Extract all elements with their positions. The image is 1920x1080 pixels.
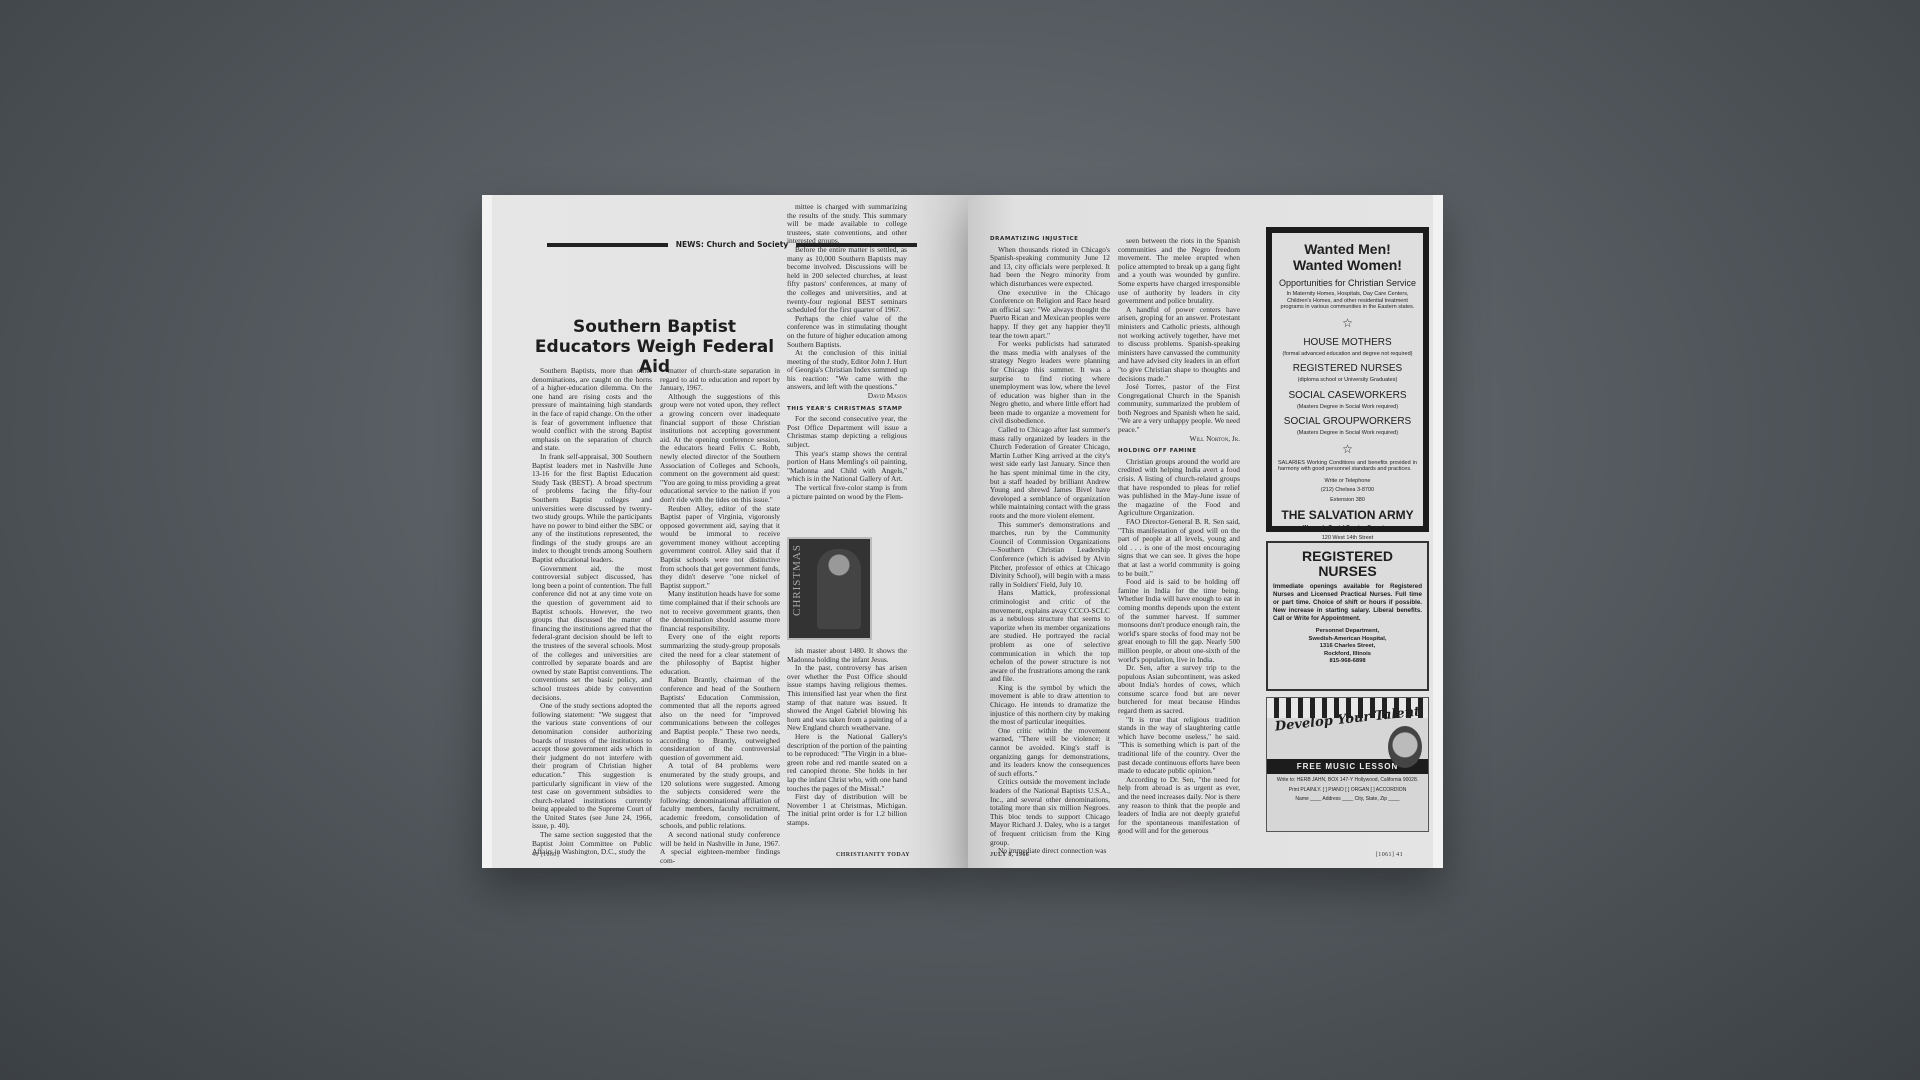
ad-subtitle: Opportunities for Christian Service bbox=[1278, 278, 1417, 288]
ad-role-note: (formal advanced education and degree no… bbox=[1278, 351, 1417, 358]
issue-date: JULY 8, 1966 bbox=[990, 852, 1029, 858]
right-page: DRAMATIZING INJUSTICE When thousands rio… bbox=[968, 195, 1443, 868]
paragraph: This year's stamp shows the central port… bbox=[787, 450, 907, 484]
paragraph: Although the suggestions of this group w… bbox=[660, 393, 780, 505]
paragraph: mittee is charged with summarizing the r… bbox=[787, 203, 907, 246]
ad-role-note: (Masters Degree in Social Work required) bbox=[1278, 404, 1417, 411]
paragraph: First day of distribution will be Novemb… bbox=[787, 793, 907, 827]
ad-role: SOCIAL CASEWORKERS bbox=[1278, 390, 1417, 401]
ad-role: HOUSE MOTHERS bbox=[1278, 337, 1417, 348]
paragraph: A handful of power centers have arisen, … bbox=[1118, 306, 1240, 383]
paragraph: King is the symbol by which the movement… bbox=[990, 684, 1110, 727]
paragraph: One critic within the movement warned, "… bbox=[990, 727, 1110, 779]
paragraph: Reuben Alley, editor of the state Baptis… bbox=[660, 505, 780, 591]
paragraph: Called to Chicago after last summer's ma… bbox=[990, 426, 1110, 521]
ad-title: Wanted Women! bbox=[1278, 257, 1417, 273]
paragraph: Every one of the eight reports summarizi… bbox=[660, 633, 780, 676]
paragraph: The vertical five-color stamp is from a … bbox=[787, 484, 907, 501]
paragraph: "It is true that religious tradition sta… bbox=[1118, 716, 1240, 776]
paragraph: According to Dr. Sen, "the need for help… bbox=[1118, 776, 1240, 836]
address-line: Swedish-American Hospital, bbox=[1273, 636, 1422, 644]
address-line: Personnel Department, bbox=[1273, 628, 1422, 636]
paragraph: José Torres, pastor of the First Congreg… bbox=[1118, 383, 1240, 435]
paragraph: One of the study sections adopted the fo… bbox=[532, 702, 652, 831]
paragraph: In frank self-appraisal, 300 Southern Ba… bbox=[532, 453, 652, 565]
subheading: HOLDING OFF FAMINE bbox=[1118, 447, 1240, 456]
address-line: Rockford, Illinois bbox=[1273, 651, 1422, 659]
madonna-figure bbox=[817, 549, 861, 629]
left-col-2: matter of church-state separation in reg… bbox=[660, 367, 780, 865]
paragraph: One executive in the Chicago Conference … bbox=[990, 289, 1110, 341]
music-lesson-ad: Develop Your Talent FREE MUSIC LESSON Wr… bbox=[1266, 697, 1429, 832]
magazine-spread: NEWS: Church and Society Southern Baptis… bbox=[482, 195, 1443, 868]
christmas-stamp-image: CHRISTMAS bbox=[787, 537, 872, 640]
ad-role: REGISTERED NURSES bbox=[1278, 363, 1417, 374]
paragraph: FAO Director-General B. R. Sen said, "Th… bbox=[1118, 518, 1240, 578]
ad-contact: (212) Chelsea 3-8700 bbox=[1278, 487, 1417, 494]
ad-org: THE SALVATION ARMY bbox=[1278, 508, 1417, 522]
paragraph: seen between the riots in the Spanish co… bbox=[1118, 237, 1240, 306]
registered-nurses-ad: REGISTERED NURSES Immediate openings ava… bbox=[1266, 541, 1429, 691]
byline: David Mason bbox=[787, 392, 907, 401]
stamp-label: CHRISTMAS bbox=[791, 544, 803, 616]
paragraph: matter of church-state separation in reg… bbox=[660, 367, 780, 393]
paragraph: This summer's demonstrations and marches… bbox=[990, 521, 1110, 590]
ad-role-note: (diploma school or University Graduates) bbox=[1278, 377, 1417, 384]
paragraph: Many institution heads have for some tim… bbox=[660, 590, 780, 633]
paragraph: Here is the National Gallery's descripti… bbox=[787, 733, 907, 793]
paragraph: Dr. Sen, after a survey trip to the popu… bbox=[1118, 664, 1240, 716]
address-line: 1316 Charles Street, bbox=[1273, 643, 1422, 651]
paragraph: Perhaps the chief value of the conferenc… bbox=[787, 315, 907, 349]
ad-intro: In Maternity Homes, Hospitals, Day Care … bbox=[1278, 291, 1417, 311]
paragraph: At the conclusion of this initial meetin… bbox=[787, 349, 907, 392]
ad-contact: Extension 380 bbox=[1278, 497, 1417, 504]
page-number-right: [1061] 41 bbox=[1376, 852, 1403, 858]
paragraph: For the second consecutive year, the Pos… bbox=[787, 415, 907, 449]
paragraph: ish master about 1480. It shows the Mado… bbox=[787, 647, 907, 664]
ad-role-note: (Masters Degree in Social Work required) bbox=[1278, 430, 1417, 437]
ad-address: Write to: HERB JAHN, BOX 147-Y Hollywood… bbox=[1267, 777, 1428, 784]
salvation-army-ad: Wanted Men! Wanted Women! Opportunities … bbox=[1266, 227, 1429, 532]
paragraph: A total of 84 problems were enumerated b… bbox=[660, 762, 780, 831]
left-col-3-bottom: ish master about 1480. It shows the Mado… bbox=[787, 647, 907, 827]
ad-address: Personnel Department, Swedish-American H… bbox=[1273, 628, 1422, 666]
paragraph: Southern Baptists, more than other denom… bbox=[532, 367, 652, 453]
magazine-name: CHRISTIANITY TODAY bbox=[836, 852, 910, 858]
left-page: NEWS: Church and Society Southern Baptis… bbox=[482, 195, 968, 868]
subheading: THIS YEAR'S CHRISTMAS STAMP bbox=[787, 405, 907, 414]
paragraph: Government aid, the most controversial s… bbox=[532, 565, 652, 703]
subheading: DRAMATIZING INJUSTICE bbox=[990, 235, 1110, 244]
ad-form: Name ____ Address ____ City, State, Zip … bbox=[1267, 796, 1428, 803]
ad-salaries: SALARIES Working Conditions and benefits… bbox=[1278, 460, 1417, 473]
left-col-1: Southern Baptists, more than other denom… bbox=[532, 367, 652, 857]
paragraph: Hans Mattick, professional criminologist… bbox=[990, 589, 1110, 684]
section-label: NEWS: Church and Society bbox=[676, 240, 788, 249]
page-number-left: 40 [1060] bbox=[532, 852, 559, 858]
star-icon: ☆ bbox=[1278, 316, 1417, 331]
paragraph: Critics outside the movement include lea… bbox=[990, 778, 1110, 847]
ad-role: SOCIAL GROUPWORKERS bbox=[1278, 416, 1417, 427]
star-icon: ☆ bbox=[1278, 442, 1417, 457]
paragraph: In the past, controversy has arisen over… bbox=[787, 664, 907, 733]
ad-title: REGISTERED NURSES bbox=[1273, 549, 1422, 579]
byline: Will Norton, Jr. bbox=[1118, 435, 1240, 444]
portrait-photo bbox=[1388, 726, 1422, 768]
paragraph: Before the entire matter is settled, as … bbox=[787, 246, 907, 315]
paragraph: For weeks publicists had saturated the m… bbox=[990, 340, 1110, 426]
kicker-rule bbox=[547, 243, 668, 247]
ad-body: Immediate openings available for Registe… bbox=[1273, 583, 1422, 623]
paragraph: A second national study conference will … bbox=[660, 831, 780, 865]
ad-contact: Write or Telephone bbox=[1278, 478, 1417, 485]
paragraph: Christian groups around the world are cr… bbox=[1118, 458, 1240, 518]
paragraph: When thousands rioted in Chicago's Spani… bbox=[990, 246, 1110, 289]
ad-checkboxes: Print PLAINLY. [ ] PIANO [ ] ORGAN [ ] A… bbox=[1267, 787, 1428, 794]
ad-title: Wanted Men! bbox=[1278, 241, 1417, 257]
ad-dept: Women's Social Service Secretary bbox=[1278, 525, 1417, 532]
left-col-3-top: mittee is charged with summarizing the r… bbox=[787, 203, 907, 501]
paragraph: Rabun Brantly, chairman of the conferenc… bbox=[660, 676, 780, 762]
right-col-1: DRAMATIZING INJUSTICE When thousands rio… bbox=[990, 231, 1110, 856]
right-col-2: seen between the riots in the Spanish co… bbox=[1118, 237, 1240, 836]
address-line: 815-968-6898 bbox=[1273, 658, 1422, 666]
paragraph: Food aid is said to be holding off famin… bbox=[1118, 578, 1240, 664]
